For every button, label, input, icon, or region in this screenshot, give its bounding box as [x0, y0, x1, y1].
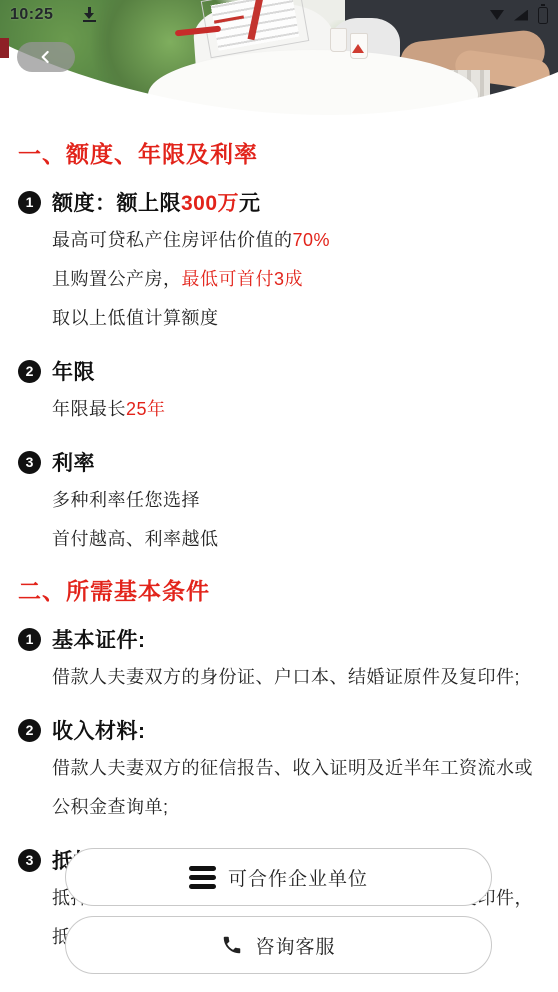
item-number-badge: 2: [18, 719, 41, 742]
item-number-badge: 1: [18, 628, 41, 651]
item-text-line: 多种利率任您选择: [18, 481, 538, 520]
item-heading: 基本证件:: [52, 624, 146, 654]
status-bar: 10:25: [0, 0, 558, 30]
item-text-line: 年限最长25年: [18, 390, 538, 429]
text-segment: 年限最长: [52, 399, 126, 419]
item-heading: 收入材料:: [52, 715, 146, 745]
download-icon: [81, 7, 97, 23]
item-heading: 额度：额上限300万元: [52, 187, 261, 217]
item-text-line: 借款人夫妻双方的征信报告、收入证明及近半年工资流水或公积金查询单;: [18, 749, 538, 827]
item-heading-text: 利率: [52, 452, 95, 475]
text-segment: 70%: [293, 230, 331, 250]
text-segment: 首付越高、利率越低: [52, 529, 219, 549]
item-heading-row: 1基本证件:: [18, 624, 538, 654]
item-text-line: 且购置公产房，最低可首付3成: [18, 260, 538, 299]
item-text-line: 取以上低值计算额度: [18, 299, 538, 338]
section-title: 二、所需基本条件: [18, 573, 538, 606]
battery-icon: [538, 7, 548, 24]
signal-icon: [514, 10, 528, 21]
item-number-badge: 1: [18, 191, 41, 214]
triangle-down-icon: [490, 10, 504, 20]
item-heading-row: 3利率: [18, 447, 538, 477]
item-text-line: 最高可贷私产住房评估价值的70%: [18, 221, 538, 260]
item-heading: 利率: [52, 447, 95, 477]
partner-companies-button[interactable]: 可合作企业单位: [65, 848, 492, 906]
text-segment: 借款人夫妻双方的身份证、户口本、结婚证原件及复印件;: [52, 667, 520, 687]
item-heading-text: 元: [239, 192, 261, 215]
section-title: 一、额度、年限及利率: [18, 136, 538, 169]
text-segment: 且购置公产房，: [52, 269, 182, 289]
back-button[interactable]: [17, 42, 75, 72]
item-heading-row: 2收入材料:: [18, 715, 538, 745]
item-heading-text: 收入材料:: [52, 720, 146, 743]
item-text-line: 借款人夫妻双方的身份证、户口本、结婚证原件及复印件;: [18, 658, 538, 697]
item-heading-row: 1额度：额上限300万元: [18, 187, 538, 217]
item-heading-text: 300万: [181, 192, 239, 215]
partner-companies-label: 可合作企业单位: [228, 864, 368, 891]
footer-actions: 可合作企业单位 咨询客服: [65, 848, 492, 974]
text-segment: 最低可首付3成: [182, 269, 304, 289]
loan-detail-page: 10:25 一、额度、年限及利率1额度：额上限300万元最高可贷私产住房评估价值…: [0, 0, 558, 992]
chevron-left-icon: [36, 47, 56, 67]
text-segment: 借款人夫妻双方的征信报告、收入证明及近半年工资流水或公积金查询单;: [52, 758, 533, 817]
contact-service-button[interactable]: 咨询客服: [65, 916, 492, 974]
item-heading-row: 2年限: [18, 356, 538, 386]
status-time: 10:25: [10, 6, 53, 24]
sections: 一、额度、年限及利率1额度：额上限300万元最高可贷私产住房评估价值的70%且购…: [0, 136, 558, 957]
phone-icon: [221, 934, 243, 956]
photo-red-detail: [0, 38, 9, 58]
text-segment: 25年: [126, 399, 166, 419]
text-segment: 最高可贷私产住房评估价值的: [52, 230, 293, 250]
item-number-badge: 2: [18, 360, 41, 383]
item-text-line: 首付越高、利率越低: [18, 520, 538, 559]
item-number-badge: 3: [18, 451, 41, 474]
item-number-badge: 3: [18, 849, 41, 872]
item-heading: 年限: [52, 356, 95, 386]
item-heading-text: 基本证件:: [52, 629, 146, 652]
item-heading-text: 额度：额上限: [52, 192, 181, 215]
contact-service-label: 咨询客服: [255, 932, 335, 959]
text-segment: 取以上低值计算额度: [52, 308, 219, 328]
item-heading-text: 年限: [52, 361, 95, 384]
list-icon: [189, 866, 216, 889]
text-segment: 多种利率任您选择: [52, 490, 200, 510]
